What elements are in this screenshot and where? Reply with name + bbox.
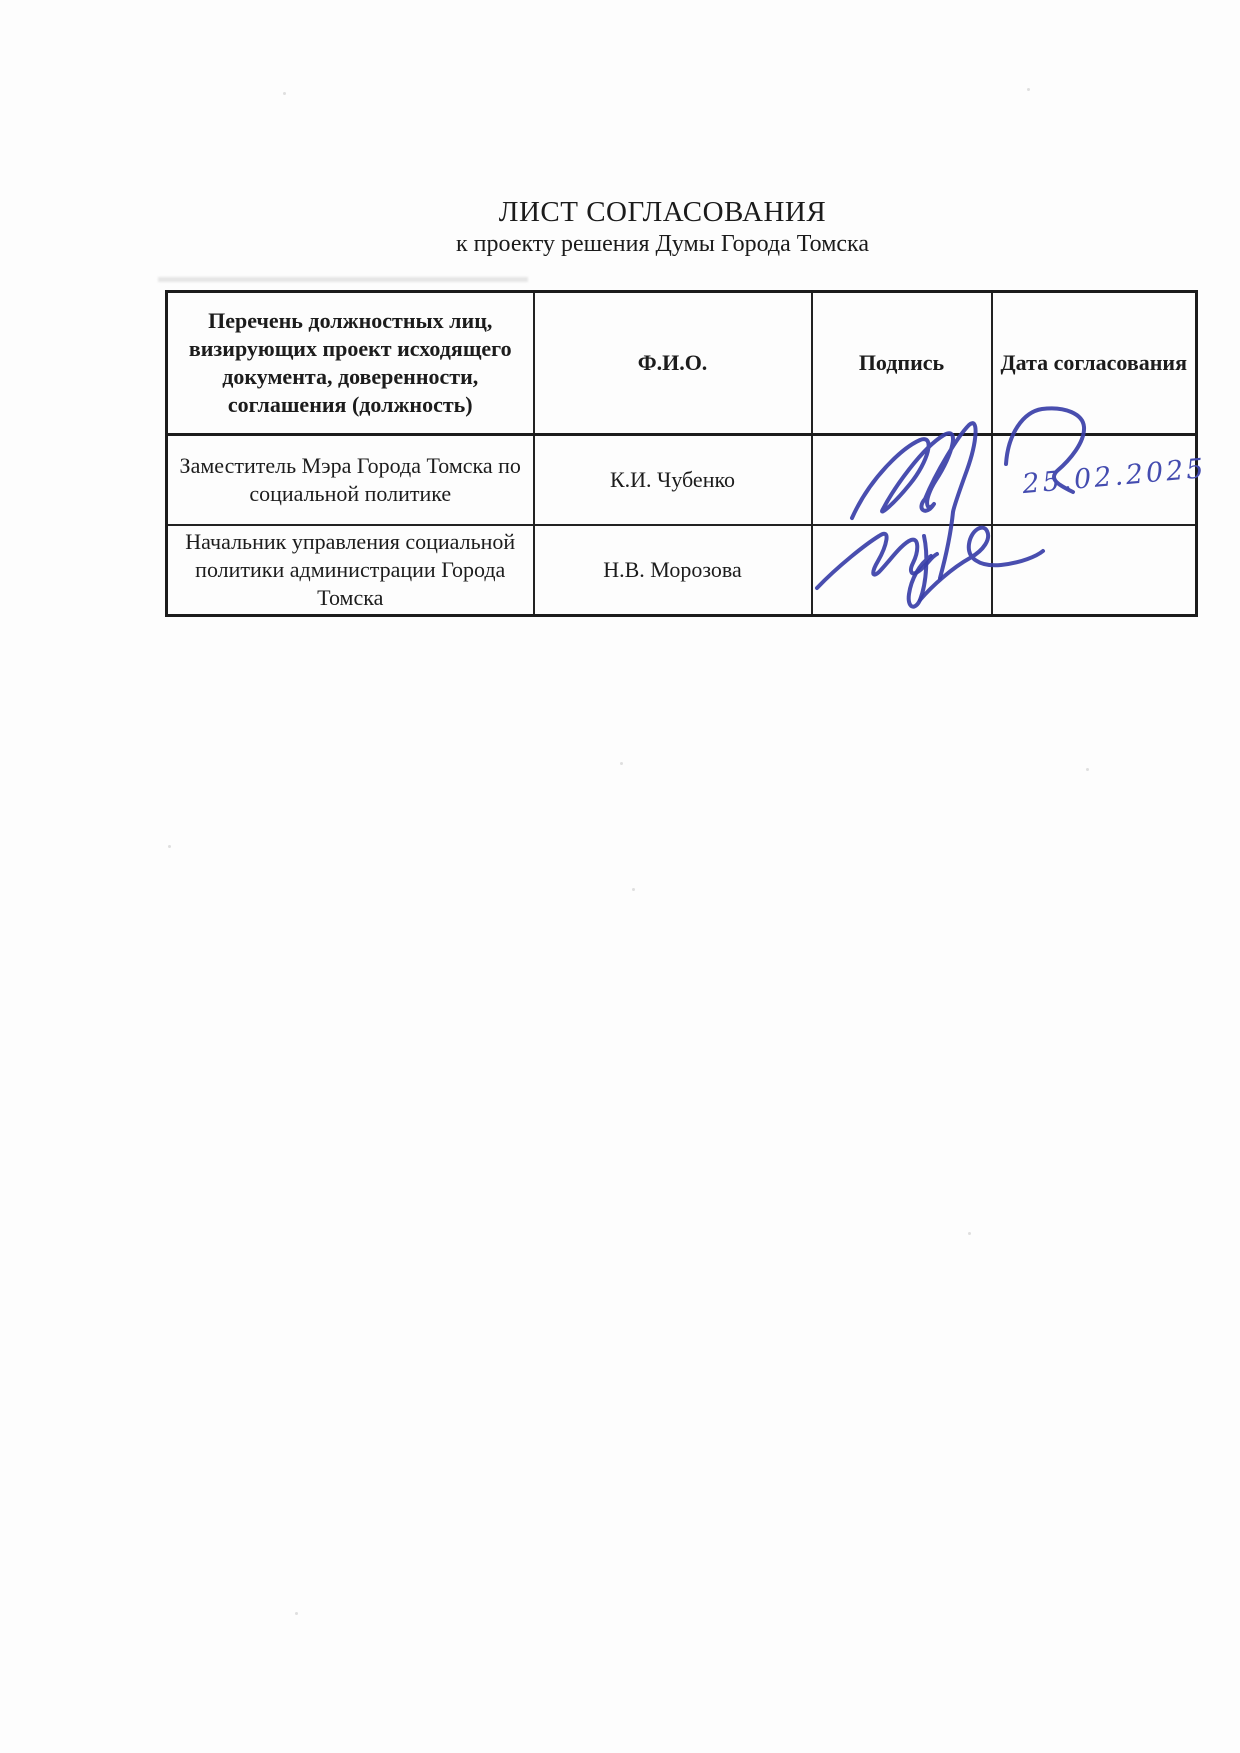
name-cell: К.И. Чубенко	[534, 435, 812, 525]
header-position-list: Перечень должностных лиц, визирующих про…	[167, 292, 534, 435]
scan-speck	[1027, 88, 1030, 91]
signature-cell	[812, 525, 992, 616]
document-title: ЛИСТ СОГЛАСОВАНИЯ	[135, 196, 1190, 229]
position-cell: Начальник управления социальной политики…	[167, 525, 534, 616]
document-page: ЛИСТ СОГЛАСОВАНИЯ к проекту решения Думы…	[0, 0, 1240, 1753]
approval-table: Перечень должностных лиц, визирующих про…	[165, 290, 1198, 617]
header-approval-date: Дата согласования	[992, 292, 1197, 435]
table-row: Начальник управления социальной политики…	[167, 525, 1197, 616]
scan-speck	[968, 1232, 971, 1235]
scan-speck	[1086, 768, 1089, 771]
position-cell: Заместитель Мэра Города Томска по социал…	[167, 435, 534, 525]
table-header-row: Перечень должностных лиц, визирующих про…	[167, 292, 1197, 435]
header-signature: Подпись	[812, 292, 992, 435]
scan-speck	[283, 92, 286, 95]
scan-speck	[168, 845, 171, 848]
scan-speck	[632, 888, 635, 891]
name-cell: Н.В. Морозова	[534, 525, 812, 616]
document-subtitle: к проекту решения Думы Города Томска	[135, 231, 1190, 258]
scan-speck	[620, 762, 623, 765]
scan-speck	[295, 1612, 298, 1615]
signature-cell	[812, 435, 992, 525]
header-fio: Ф.И.О.	[534, 292, 812, 435]
date-cell	[992, 525, 1197, 616]
scan-artifact-smudge	[158, 277, 528, 282]
